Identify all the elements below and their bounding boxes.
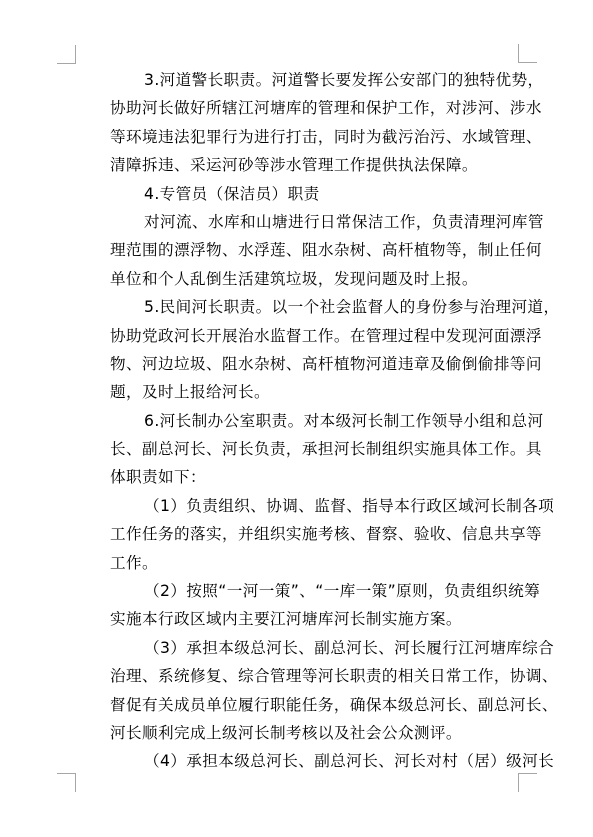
text-line: （3）承担本级总河长、副总河长、河长履行江河塘库综合 xyxy=(76,634,516,662)
text-line: 协助党政河长开展治水监督工作。在管理过程中发现河面漂浮 xyxy=(76,322,516,350)
text-line: 长、副总河长、河长负责，承担河长制组织实施具体工作。具 xyxy=(76,435,516,463)
text-line: 工作任务的落实，并组织实施考核、督察、验收、信息共享等 xyxy=(76,520,516,548)
text-line: 等环境违法犯罪行为进行打击，同时为截污治污、水域管理、 xyxy=(76,123,516,151)
top-right-margin-mark xyxy=(518,44,537,63)
list-item-office-duty-4: （4）承担本级总河长、副总河长、河长对村（居）级河长 xyxy=(76,747,516,775)
text-line: 实施本行政区域内主要江河塘库河长制实施方案。 xyxy=(76,605,516,633)
text-line: 对河流、水库和山塘进行日常保洁工作，负责清理河库管 xyxy=(76,208,516,236)
list-item-office-duty-2: （2）按照“一河一策”、“一库一策”原则，负责组织统筹 实施本行政区域内主要江河… xyxy=(76,577,516,634)
text-line: 6.河长制办公室职责。对本级河长制工作领导小组和总河 xyxy=(76,407,516,435)
text-line: 4.专管员（保洁员）职责 xyxy=(76,180,516,208)
document-body[interactable]: 3.河道警长职责。河道警长要发挥公安部门的独特优势， 协助河长做好所辖江河塘库的… xyxy=(76,66,516,776)
list-item-office-duty-3: （3）承担本级总河长、副总河长、河长履行江河塘库综合 治理、系统修复、综合管理等… xyxy=(76,634,516,748)
paragraph-river-police-duties: 3.河道警长职责。河道警长要发挥公安部门的独特优势， 协助河长做好所辖江河塘库的… xyxy=(76,66,516,180)
section-heading-cleaner-duties: 4.专管员（保洁员）职责 xyxy=(76,180,516,208)
text-line: 清障拆违、采运河砂等涉水管理工作提供执法保障。 xyxy=(76,151,516,179)
text-line: 3.河道警长职责。河道警长要发挥公安部门的独特优势， xyxy=(76,66,516,94)
text-line: 协助河长做好所辖江河塘库的管理和保护工作，对涉河、涉水 xyxy=(76,94,516,122)
text-line: 题，及时上报给河长。 xyxy=(76,378,516,406)
list-item-office-duty-1: （1）负责组织、协调、监督、指导本行政区域河长制各项 工作任务的落实，并组织实施… xyxy=(76,492,516,577)
text-line: 工作。 xyxy=(76,549,516,577)
text-line: 理范围的漂浮物、水浮莲、阻水杂树、高杆植物等，制止任何 xyxy=(76,236,516,264)
paragraph-cleaner-duties: 对河流、水库和山塘进行日常保洁工作，负责清理河库管 理范围的漂浮物、水浮莲、阻水… xyxy=(76,208,516,293)
text-line: 5.民间河长职责。以一个社会监督人的身份参与治理河道， xyxy=(76,293,516,321)
text-line: （4）承担本级总河长、副总河长、河长对村（居）级河长 xyxy=(76,747,516,775)
bottom-left-margin-mark xyxy=(57,773,76,792)
text-line: 物、河边垃圾、阻水杂树、高杆植物河道违章及偷倒偷排等问 xyxy=(76,350,516,378)
text-line: 治理、系统修复、综合管理等河长职责的相关日常工作，协调、 xyxy=(76,662,516,690)
text-line: （2）按照“一河一策”、“一库一策”原则，负责组织统筹 xyxy=(76,577,516,605)
paragraph-river-chief-office-duties: 6.河长制办公室职责。对本级河长制工作领导小组和总河 长、副总河长、河长负责，承… xyxy=(76,407,516,492)
text-line: 体职责如下： xyxy=(76,463,516,491)
text-line: 河长顺利完成上级河长制考核以及社会公众测评。 xyxy=(76,719,516,747)
text-line: 单位和个人乱倒生活建筑垃圾，发现问题及时上报。 xyxy=(76,265,516,293)
top-left-margin-mark xyxy=(57,45,76,64)
document-page: 3.河道警长职责。河道警长要发挥公安部门的独特优势， 协助河长做好所辖江河塘库的… xyxy=(0,0,593,837)
bottom-right-margin-mark xyxy=(518,773,537,792)
text-line: （1）负责组织、协调、监督、指导本行政区域河长制各项 xyxy=(76,492,516,520)
text-line: 督促有关成员单位履行职能任务，确保本级总河长、副总河长、 xyxy=(76,691,516,719)
paragraph-civilian-river-chief-duties: 5.民间河长职责。以一个社会监督人的身份参与治理河道， 协助党政河长开展治水监督… xyxy=(76,293,516,407)
